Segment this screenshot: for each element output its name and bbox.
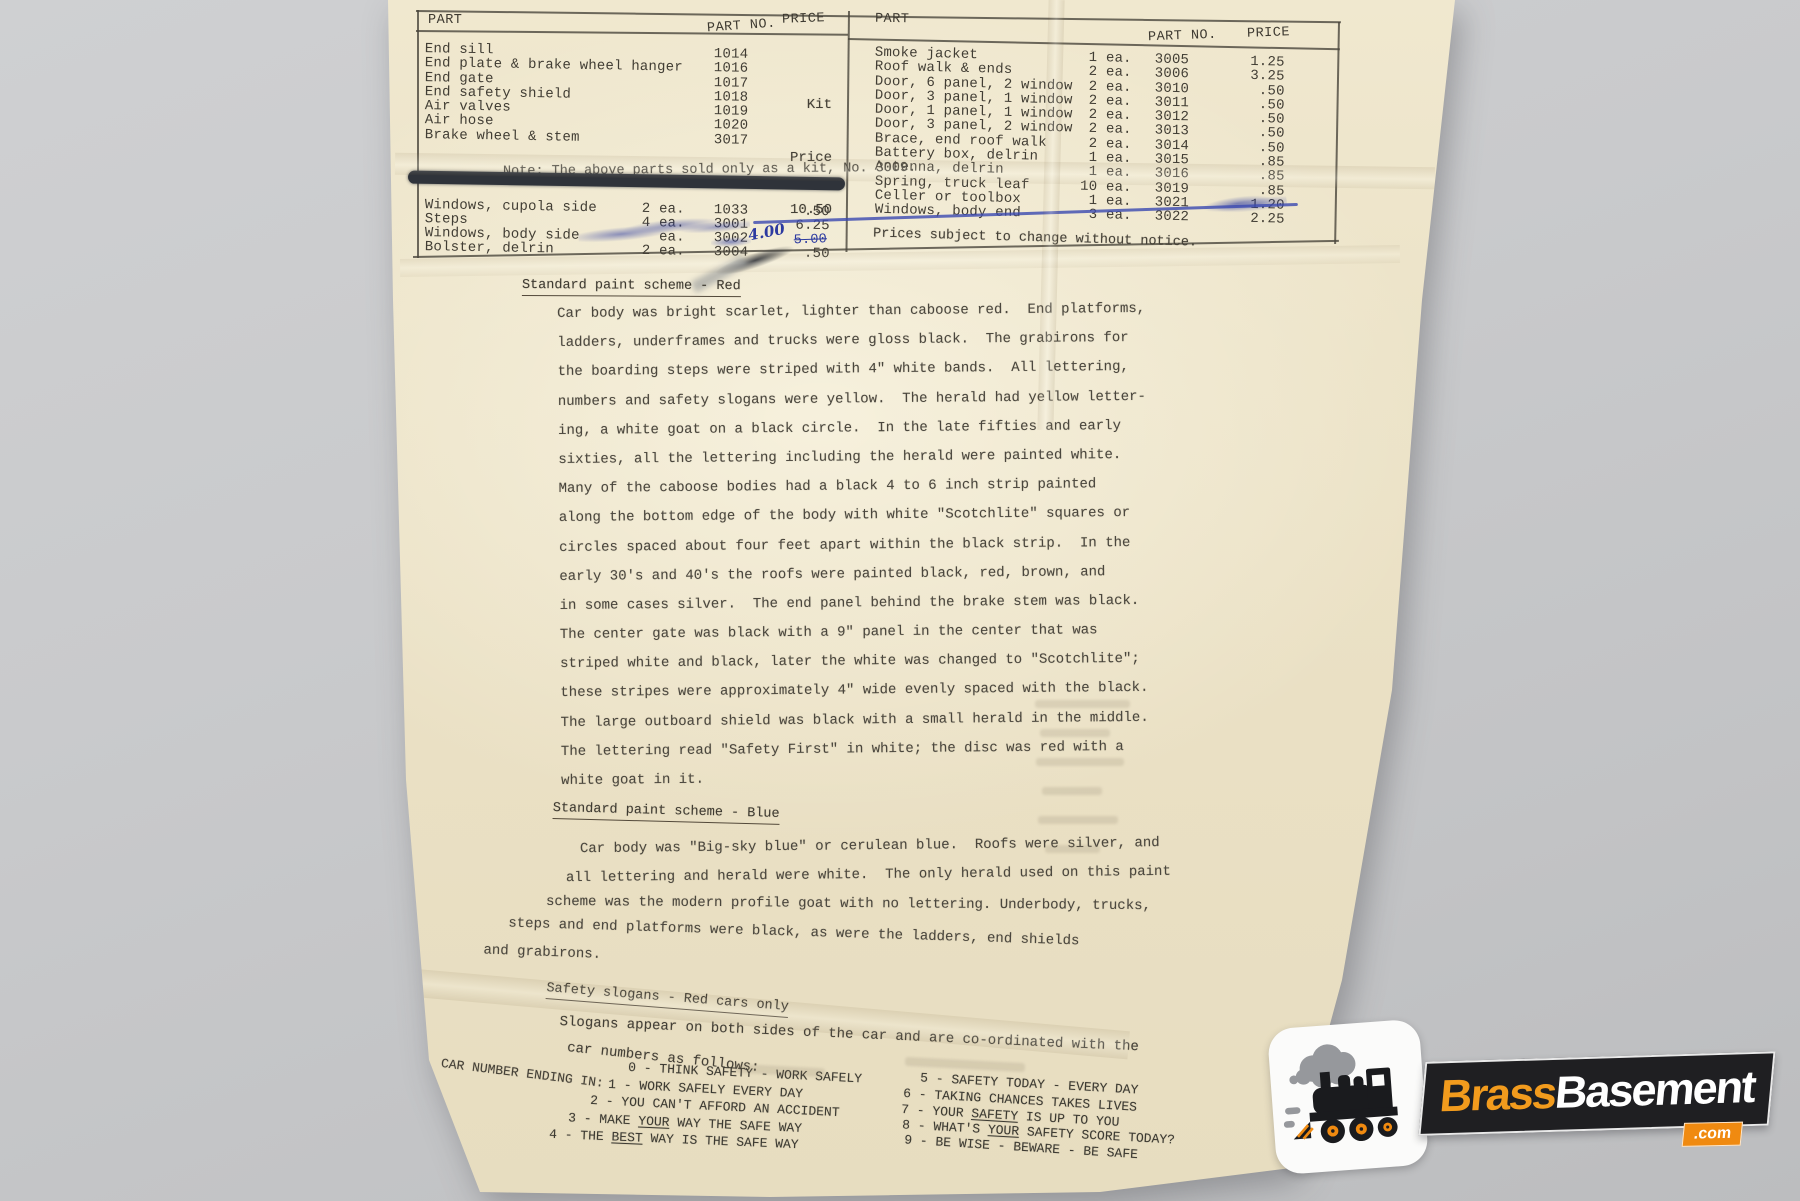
- bleed-through-mark: [1038, 816, 1118, 824]
- blue-scheme-paragraph: Car body was "Big-sky blue" or cerulean …: [580, 838, 1185, 983]
- parts-table-left: PART PART NO. PRICE End sill 1014 End pl…: [418, 0, 848, 260]
- kit-note: Note: The above parts sold only as a kit…: [422, 146, 917, 195]
- slogan-pre: 4 - THE: [549, 1127, 612, 1145]
- paragraph-line: white goat in it.: [561, 768, 1149, 802]
- left-header-part-no: PART NO.: [707, 17, 777, 37]
- price-footer: Prices subject to change without notice.: [873, 226, 1197, 250]
- photo-stage: PART PART NO. PRICE End sill 1014 End pl…: [0, 0, 1800, 1201]
- locomotive-badge: [1267, 1018, 1429, 1175]
- part-name: Brake wheel & stem: [425, 127, 580, 146]
- part-number: 3017: [714, 132, 749, 149]
- brand-tld: .com: [1682, 1122, 1744, 1147]
- part-name: Windows, body end: [875, 202, 1022, 222]
- right-header-part: PART: [875, 12, 910, 28]
- brassbasement-watermark: BrassBasement .com: [1270, 1013, 1793, 1180]
- part-price: .50: [768, 245, 830, 262]
- detail-rows: Windows, cupola side 2 ea. 1033 .50 Step…: [418, 197, 848, 253]
- note-label: Note:: [503, 164, 544, 179]
- right-header-part-no: PART NO.: [1148, 28, 1217, 45]
- part-number: 3004: [714, 244, 749, 261]
- slogan-list-right: 5 - SAFETY TODAY - EVERY DAY 6 - TAKING …: [901, 1078, 1174, 1157]
- slogan-pre: 3 - MAKE: [568, 1110, 639, 1128]
- brand-second: Basement: [1553, 1061, 1757, 1118]
- slogan-underlined-word: BEST: [611, 1129, 643, 1145]
- blue-scheme-heading: Standard paint scheme - Blue: [553, 801, 780, 825]
- slogan-underlined-word: YOUR: [638, 1113, 670, 1129]
- parts-table-right: PART PART NO. PRICE Smoke jacket 1 ea. 3…: [848, 0, 1338, 260]
- slogan-list-left: 0 - THINK SAFETY - WORK SAFELY 1 - WORK …: [549, 1066, 799, 1149]
- red-scheme-heading: Standard paint scheme - Red: [522, 278, 741, 297]
- right-rows: Smoke jacket 1 ea. 3005 1.25 Roof walk &…: [848, 44, 1338, 216]
- safety-slogans-heading: Safety slogans - Red cars only: [546, 981, 790, 1018]
- part-number: 3022: [1155, 209, 1190, 226]
- part-qty: 3 ea.: [1058, 206, 1132, 224]
- part-name: Bolster, delrin: [425, 239, 554, 257]
- right-header-price: PRICE: [1247, 25, 1291, 41]
- left-header-price: PRICE: [782, 11, 826, 27]
- slogan-underlined-word: YOUR: [988, 1123, 1020, 1140]
- kit-price-line1: Kit: [760, 97, 832, 115]
- left-header-part: PART: [428, 13, 462, 28]
- brand-first: Brass: [1438, 1067, 1558, 1122]
- part-price: 2.25: [1208, 210, 1285, 228]
- red-scheme-paragraph: Car body was bright scarlet, lighter tha…: [557, 301, 1149, 802]
- locomotive-icon: [1277, 1028, 1418, 1165]
- part-qty: 2 ea.: [623, 243, 685, 260]
